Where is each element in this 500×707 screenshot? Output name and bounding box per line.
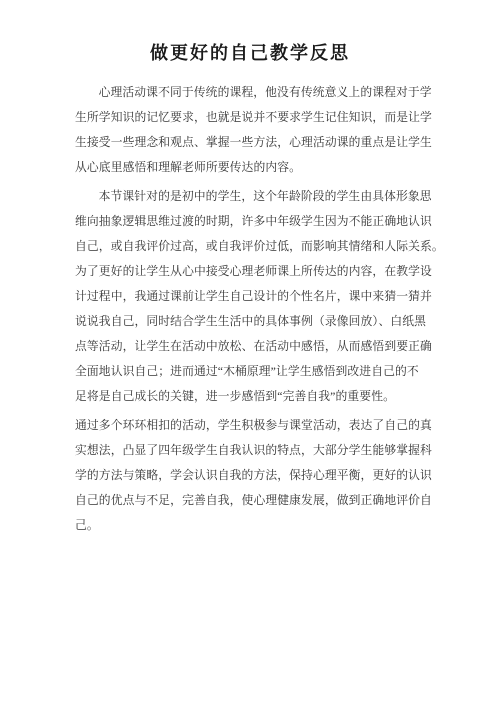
text-line: 足将是自己成长的关键，进一步感悟到“完善自我”的重要性。 [75, 384, 428, 409]
text-line: 学的方法与策略，学会认识自我的方法，保持心理平衡，更好的认识 [75, 463, 428, 488]
text-line: 生接受一些理念和观点、掌握一些方法，心理活动课的重点是让学生 [75, 130, 428, 155]
paragraph: 通过多个环环相扣的活动，学生积极参与课堂活动，表达了自己的真实想法，凸显了四年级… [75, 413, 428, 538]
text-line: 说说我自己，同时结合学生生活中的具体事例（录像回放）、白纸黑 [75, 309, 428, 334]
text-line: 通过多个环环相扣的活动，学生积极参与课堂活动，表达了自己的真 [75, 413, 428, 438]
text-line: 点等活动，让学生在活动中放松、在活动中感悟，从而感悟到要正确 [75, 334, 428, 359]
text-line: 自己的优点与不足，完善自我，使心理健康发展，做到正确地评价自 [75, 488, 428, 513]
text-line: 从心底里感悟和理解老师所要传达的内容。 [75, 155, 428, 180]
paragraph: 心理活动课不同于传统的课程，他没有传统意义上的课程对于学生所学知识的记忆要求，也… [75, 80, 428, 180]
document-body: 心理活动课不同于传统的课程，他没有传统意义上的课程对于学生所学知识的记忆要求，也… [0, 80, 500, 538]
text-line: 维向抽象逻辑思维过渡的时期，许多中年级学生因为不能正确地认识 [75, 209, 428, 234]
document-title: 做更好的自己教学反思 [0, 42, 500, 65]
text-line: 己。 [75, 513, 428, 538]
text-line: 全面地认识自己；进而通过“木桶原理”让学生感悟到改进自己的不 [75, 359, 428, 384]
text-line: 心理活动课不同于传统的课程，他没有传统意义上的课程对于学 [75, 80, 428, 105]
document-page: 做更好的自己教学反思 心理活动课不同于传统的课程，他没有传统意义上的课程对于学生… [0, 0, 500, 707]
text-line: 自己，或自我评价过高，或自我评价过低，而影响其情绪和人际关系。 [75, 234, 428, 259]
text-line: 生所学知识的记忆要求，也就是说并不要求学生记住知识，而是让学 [75, 105, 428, 130]
text-line: 为了更好的让学生从心中接受心理老师课上所传达的内容，在教学设 [75, 259, 428, 284]
text-line: 实想法，凸显了四年级学生自我认识的特点，大部分学生能够掌握科 [75, 438, 428, 463]
text-line: 计过程中，我通过课前让学生自己设计的个性名片，课中来猜一猜并 [75, 284, 428, 309]
text-line: 本节课针对的是初中的学生，这个年龄阶段的学生由具体形象思 [75, 184, 428, 209]
paragraph: 本节课针对的是初中的学生，这个年龄阶段的学生由具体形象思维向抽象逻辑思维过渡的时… [75, 184, 428, 409]
